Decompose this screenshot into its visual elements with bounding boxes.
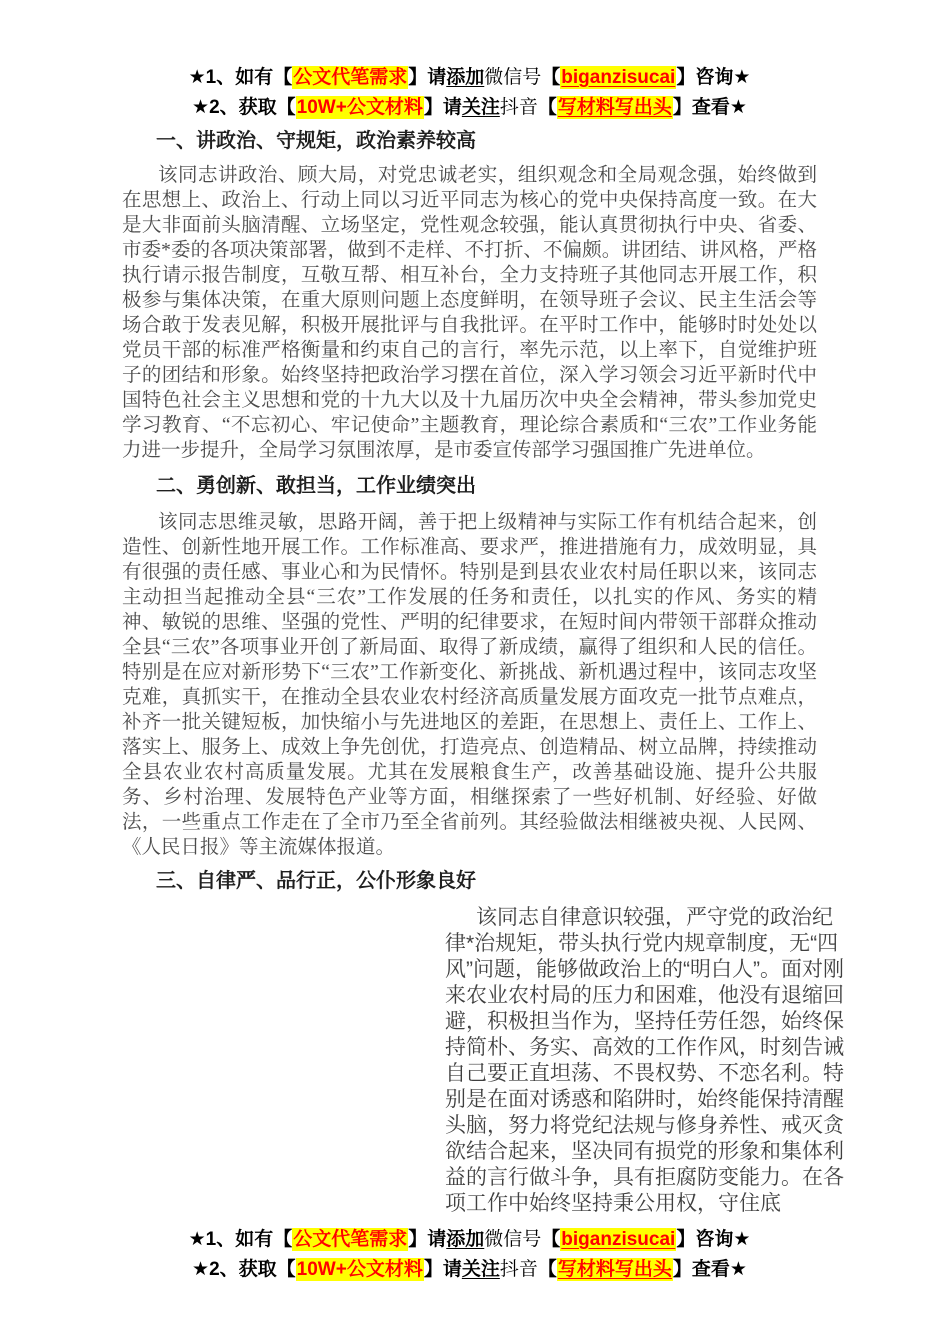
- promo1-prefix: ★1、如有【: [189, 1229, 293, 1250]
- promo2-bracket-open: 【: [538, 1259, 557, 1280]
- promo1-bracket-qing: 】请: [408, 1229, 446, 1250]
- promo2-douyin-name: 写材料写出头: [557, 96, 673, 119]
- promo-line-1: ★1、如有【公文代笔需求】请添加微信号【biganzisucai】咨询★: [122, 63, 817, 93]
- promo2-follow-underline: 关注: [462, 1259, 500, 1280]
- promo2-bracket-open: 【: [538, 97, 557, 118]
- promo2-follow-underline: 关注: [462, 97, 500, 118]
- promo-line-2-bottom: ★2、获取【10W+公文材料】请关注抖音【写材料写出头】查看★: [122, 1255, 817, 1285]
- promo2-douyin-label: 抖音: [500, 97, 538, 118]
- promo1-prefix: ★1、如有【: [189, 67, 293, 88]
- promo1-need-highlight: 公文代笔需求: [292, 1228, 408, 1251]
- promo2-material-highlight: 10W+公文材料: [296, 96, 424, 119]
- promo1-wechat-id: biganzisucai: [560, 66, 676, 89]
- promo1-add-underline: 添加: [446, 67, 484, 88]
- section-3-paragraph: 该同志自律意识较强，严守党的政治纪律*治规矩，带头执行党内规章制度，无“四风”问…: [445, 905, 848, 1217]
- promo1-need-highlight: 公文代笔需求: [292, 66, 408, 89]
- promo1-wechat-id: biganzisucai: [560, 1228, 676, 1251]
- section-2-paragraph: 该同志思维灵敏，思路开阔，善于把上级精神与实际工作有机结合起来，创造性、创新性地…: [122, 510, 817, 860]
- promo2-suffix: 】查看★: [673, 1259, 747, 1280]
- promo1-suffix: 】咨询★: [676, 1229, 750, 1250]
- promo1-suffix: 】咨询★: [676, 67, 750, 88]
- promo1-bracket-qing: 】请: [408, 67, 446, 88]
- promo2-douyin-label: 抖音: [500, 1259, 538, 1280]
- promo2-prefix: ★2、获取【: [192, 1259, 296, 1280]
- promo-banner-top: ★1、如有【公文代笔需求】请添加微信号【biganzisucai】咨询★ ★2、…: [122, 63, 817, 123]
- section-3-heading: 三、自律严、品行正，公仆形象良好: [122, 868, 817, 894]
- promo2-prefix: ★2、获取【: [192, 97, 296, 118]
- promo-line-1-bottom: ★1、如有【公文代笔需求】请添加微信号【biganzisucai】咨询★: [122, 1225, 817, 1255]
- document-page: ★1、如有【公文代笔需求】请添加微信号【biganzisucai】咨询★ ★2、…: [0, 0, 950, 1344]
- promo2-bracket-qing: 】请: [424, 1259, 462, 1280]
- section-2-heading: 二、勇创新、敢担当，工作业绩突出: [122, 473, 817, 499]
- promo1-wechat-label: 微信号: [484, 67, 541, 88]
- promo1-wechat-label: 微信号: [484, 1229, 541, 1250]
- promo1-bracket-open: 【: [541, 67, 560, 88]
- promo-line-2: ★2、获取【10W+公文材料】请关注抖音【写材料写出头】查看★: [122, 93, 817, 123]
- promo2-douyin-name: 写材料写出头: [557, 1258, 673, 1281]
- promo2-material-highlight: 10W+公文材料: [296, 1258, 424, 1281]
- promo1-add-underline: 添加: [446, 1229, 484, 1250]
- promo-banner-bottom: ★1、如有【公文代笔需求】请添加微信号【biganzisucai】咨询★ ★2、…: [122, 1225, 817, 1285]
- promo2-bracket-qing: 】请: [424, 97, 462, 118]
- promo2-suffix: 】查看★: [673, 97, 747, 118]
- section-1-paragraph: 该同志讲政治、顾大局，对党忠诚老实，组织观念和全局观念强，始终做到在思想上、政治…: [122, 163, 817, 463]
- section-1-heading: 一、讲政治、守规矩，政治素养较高: [122, 128, 817, 154]
- promo1-bracket-open: 【: [541, 1229, 560, 1250]
